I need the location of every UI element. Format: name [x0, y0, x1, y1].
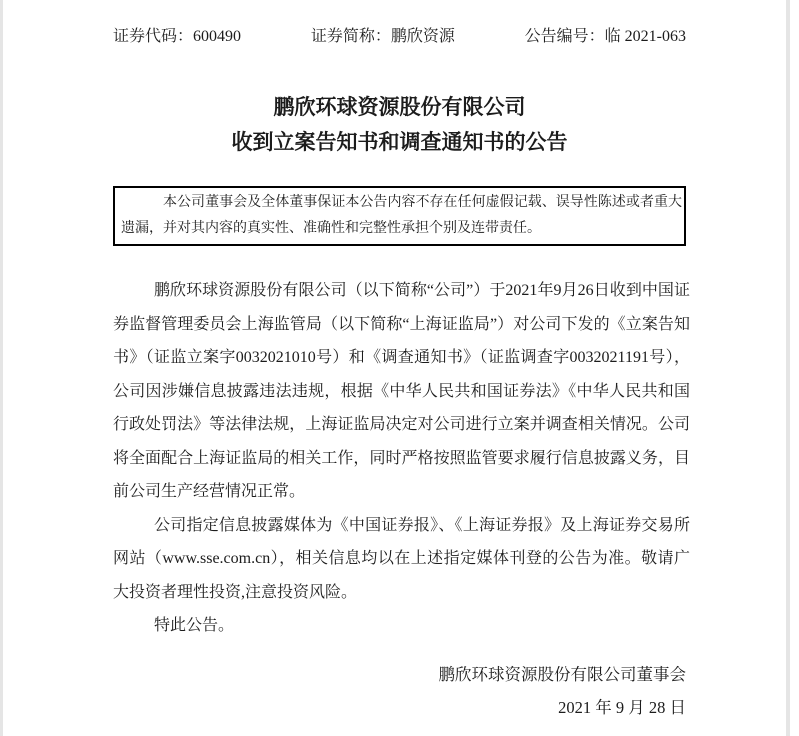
stock-name: 证券简称：鹏欣资源	[311, 27, 455, 47]
announcement-body: 鹏欣环球资源股份有限公司（以下简称“公司”）于2021年9月26日收到中国证券监…	[113, 274, 690, 643]
announcement-page: 证券代码：600490 证券简称：鹏欣资源 公告编号：临 2021-063 鹏欣…	[0, 0, 799, 736]
disclaimer-box: 本公司董事会及全体董事保证本公告内容不存在任何虚假记载、误导性陈述或者重大遗漏，…	[113, 186, 686, 246]
disclaimer-text: 本公司董事会及全体董事保证本公告内容不存在任何虚假记载、误导性陈述或者重大遗漏，…	[121, 190, 682, 242]
title-subject: 收到立案告知书和调查通知书的公告	[0, 125, 799, 160]
announcement-paragraph-2: 公司指定信息披露媒体为《中国证券报》、《上海证券报》及上海证券交易所网站（www…	[113, 509, 690, 610]
title-company-name: 鹏欣环球资源股份有限公司	[0, 90, 799, 125]
announcement-number: 公告编号：临 2021-063	[525, 27, 686, 47]
signature-company: 鹏欣环球资源股份有限公司董事会	[113, 658, 686, 691]
announcement-number-value: 临 2021-063	[605, 28, 686, 45]
stock-name-value: 鹏欣资源	[391, 28, 455, 45]
document-header: 证券代码：600490 证券简称：鹏欣资源 公告编号：临 2021-063	[113, 27, 686, 47]
signature-block: 鹏欣环球资源股份有限公司董事会 2021 年 9 月 28 日	[113, 658, 686, 724]
signature-date: 2021 年 9 月 28 日	[113, 691, 686, 724]
stock-code: 证券代码：600490	[113, 27, 241, 47]
stock-name-label: 证券简称：	[311, 28, 391, 45]
stock-code-label: 证券代码：	[113, 28, 193, 45]
announcement-paragraph-3: 特此公告。	[113, 609, 690, 643]
stock-code-value: 600490	[193, 28, 241, 45]
announcement-number-label: 公告编号：	[525, 28, 605, 45]
title-block: 鹏欣环球资源股份有限公司 收到立案告知书和调查通知书的公告	[0, 90, 799, 160]
announcement-paragraph-1: 鹏欣环球资源股份有限公司（以下简称“公司”）于2021年9月26日收到中国证券监…	[113, 274, 690, 509]
